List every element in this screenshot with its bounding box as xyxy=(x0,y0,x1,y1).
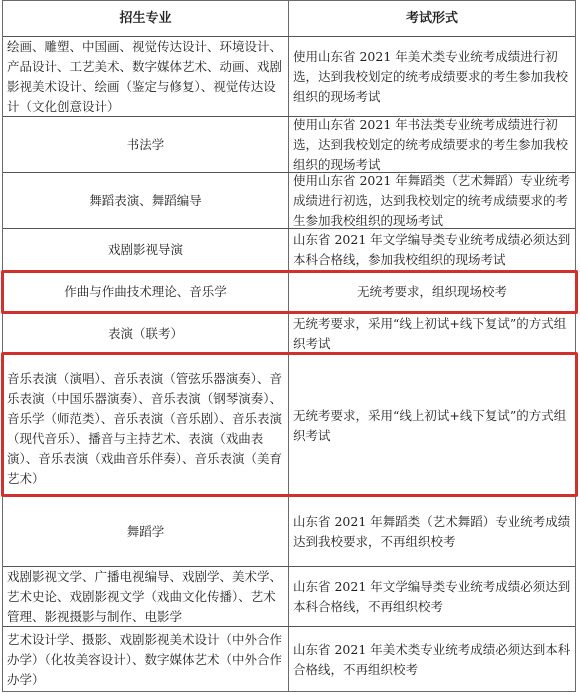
major-cell: 戏剧影视文学、广播电视编导、戏剧学、美术学、艺术史论、戏剧影视文学（戏曲文化传播… xyxy=(3,567,289,626)
exam-cell: 山东省 2021 年舞蹈类（艺术舞蹈）专业统考成绩达到我校要求，不再组织校考 xyxy=(289,497,575,566)
major-cell: 表演（联考） xyxy=(3,313,289,354)
table-row: 绘画、雕塑、中国画、视觉传达设计、环境设计、产品设计、工艺美术、数字媒体艺术、动… xyxy=(3,36,575,116)
table-row: 舞蹈学 山东省 2021 年舞蹈类（艺术舞蹈）专业统考成绩达到我校要求，不再组织… xyxy=(3,496,575,566)
table-row: 书法学 使用山东省 2021 年书法类专业统考成绩进行初选，达到我校划定的统考成… xyxy=(3,116,575,172)
major-cell: 书法学 xyxy=(3,117,289,172)
table-row: 戏剧影视文学、广播电视编导、戏剧学、美术学、艺术史论、戏剧影视文学（戏曲文化传播… xyxy=(3,566,575,626)
header-exam: 考试形式 xyxy=(289,1,575,36)
table-row: 作曲与作曲技术理论、音乐学 无统考要求，组织现场校考 xyxy=(3,270,575,312)
major-cell: 舞蹈表演、舞蹈编导 xyxy=(3,173,289,228)
major-cell: 作曲与作曲技术理论、音乐学 xyxy=(3,271,289,312)
major-cell: 舞蹈学 xyxy=(3,497,289,566)
exam-cell: 无统考要求，采用“线上初试+线下复试”的方式组织考试 xyxy=(289,313,575,354)
major-cell: 艺术设计学、摄影、戏剧影视美术设计（中外合作办学）（化妆美容设计）、数字媒体艺术… xyxy=(3,627,289,692)
admissions-table: 招生专业 考试形式 绘画、雕塑、中国画、视觉传达设计、环境设计、产品设计、工艺美… xyxy=(2,0,576,692)
major-cell: 戏剧影视导演 xyxy=(3,229,289,270)
table-row: 艺术设计学、摄影、戏剧影视美术设计（中外合作办学）（化妆美容设计）、数字媒体艺术… xyxy=(3,626,575,692)
exam-cell: 使用山东省 2021 年舞蹈类（艺术舞蹈）专业统考成绩进行初选，达到我校划定的统… xyxy=(289,173,575,228)
exam-cell: 山东省 2021 年美术类专业统考成绩必须达到本科合格线，不再组织校考 xyxy=(289,627,575,692)
header-major: 招生专业 xyxy=(3,1,289,36)
exam-cell: 使用山东省 2021 年书法类专业统考成绩进行初选，达到我校划定的统考成绩要求的… xyxy=(289,117,575,172)
exam-cell: 山东省 2021 年文学编导类专业统考成绩必须达到本科合格线，参加我校组织的现场… xyxy=(289,229,575,270)
exam-cell: 使用山东省 2021 年美术类专业统考成绩进行初选，达到我校划定的统考成绩要求的… xyxy=(289,37,575,116)
table-row: 戏剧影视导演 山东省 2021 年文学编导类专业统考成绩必须达到本科合格线，参加… xyxy=(3,228,575,270)
major-cell: 绘画、雕塑、中国画、视觉传达设计、环境设计、产品设计、工艺美术、数字媒体艺术、动… xyxy=(3,37,289,116)
major-cell: 音乐表演（演唱）、音乐表演（管弦乐器演奏）、音乐表演（中国乐器演奏）、音乐表演（… xyxy=(3,355,289,496)
exam-cell: 无统考要求，采用“线上初试+线下复试”的方式组织考试 xyxy=(289,355,575,496)
table-header: 招生专业 考试形式 xyxy=(3,0,575,36)
exam-cell: 无统考要求，组织现场校考 xyxy=(289,271,575,312)
major-text: 音乐表演（演唱）、音乐表演（管弦乐器演奏）、音乐表演（中国乐器演奏）、音乐表演（… xyxy=(7,369,284,489)
exam-cell: 山东省 2021 年文学编导类专业统考成绩必须达到本科合格线，不再组织校考 xyxy=(289,567,575,626)
table-row: 舞蹈表演、舞蹈编导 使用山东省 2021 年舞蹈类（艺术舞蹈）专业统考成绩进行初… xyxy=(3,172,575,228)
table-row: 表演（联考） 无统考要求，采用“线上初试+线下复试”的方式组织考试 xyxy=(3,312,575,354)
table-row: 音乐表演（演唱）、音乐表演（管弦乐器演奏）、音乐表演（中国乐器演奏）、音乐表演（… xyxy=(3,354,575,496)
